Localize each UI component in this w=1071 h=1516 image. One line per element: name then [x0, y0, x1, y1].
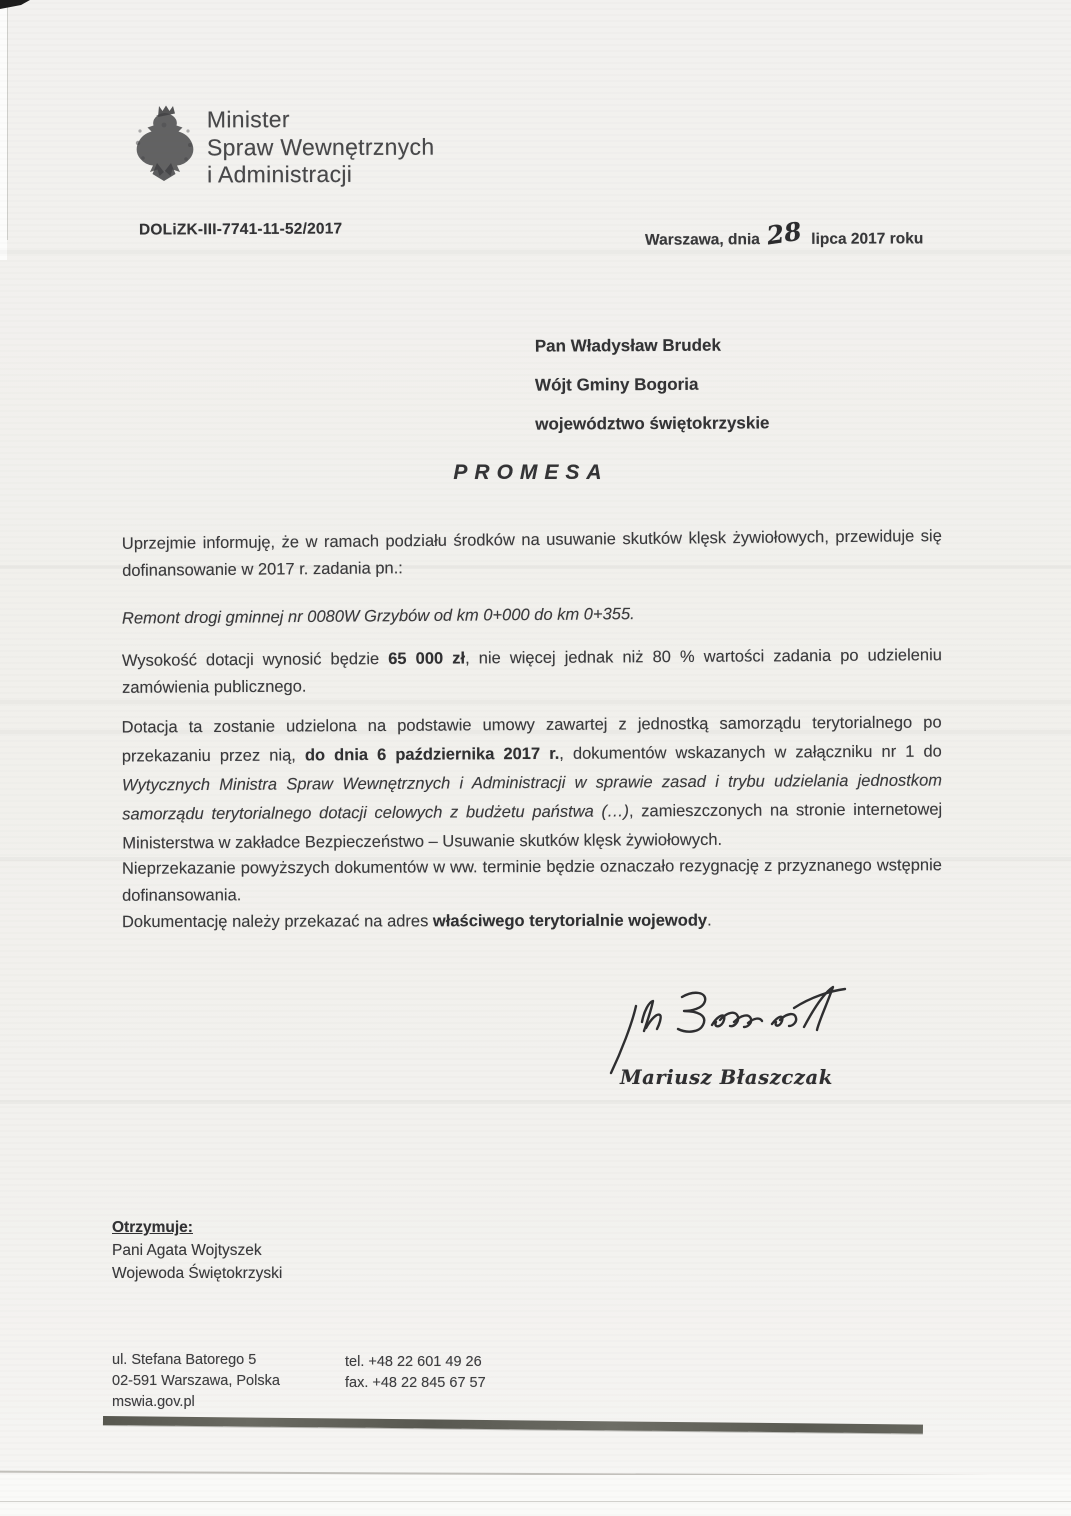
sender-name-line3: i Administracji	[207, 161, 435, 189]
footer-address: ul. Stefana Batorego 5 02-591 Warszawa, …	[112, 1350, 280, 1413]
footer-street: ul. Stefana Batorego 5	[112, 1350, 280, 1371]
scan-edge-line	[7, 0, 8, 240]
scan-edge-strip	[0, 0, 7, 260]
distribution-recipient-title: Wojewoda Świętokrzyski	[112, 1262, 282, 1285]
addressee-block: Pan Władysław Brudek Wójt Gminy Bogoria …	[535, 325, 770, 443]
signer-name: Mariusz Błaszczak	[620, 1066, 833, 1089]
paragraph-intro: Uprzejmie informuję, że w ramach podział…	[122, 523, 942, 585]
grant-amount-value: 65 000 zł	[388, 649, 465, 668]
distribution-heading: Otrzymuje:	[112, 1216, 282, 1239]
paragraph-conditions: Dotacja ta zostanie udzielona na podstaw…	[122, 708, 943, 858]
document-title: PROMESA	[122, 461, 940, 485]
paragraph-grant-amount: Wysokość dotacji wynosić będzie 65 000 z…	[122, 642, 942, 702]
footer-divider-bar	[103, 1416, 923, 1434]
handwritten-signature	[590, 980, 870, 1075]
reference-number: DOLiZK-III-7741-11-52/2017	[139, 220, 342, 239]
submission-pre: Dokumentację należy przekazać na adres	[122, 912, 433, 931]
dateline-rest: lipca 2017 roku	[811, 230, 923, 248]
paragraph-warning: Nieprzekazanie powyższych dokumentów w w…	[122, 852, 942, 910]
scan-page-edge-line-2	[0, 1501, 1071, 1502]
footer-contact: tel. +48 22 601 49 26 fax. +48 22 845 67…	[345, 1352, 486, 1394]
scan-bottom-strip	[0, 1475, 1071, 1516]
scan-artifact-stripe	[0, 1100, 1071, 1104]
addressee-name: Pan Władysław Brudek	[535, 325, 769, 365]
dateline-prefix: Warszawa, dnia	[645, 231, 760, 249]
dateline: Warszawa, dnia 28 lipca 2017 roku	[645, 227, 923, 249]
polish-eagle-logo	[128, 103, 200, 189]
submission-recipient: właściwego terytorialnie wojewody	[433, 912, 707, 931]
addressee-region: województwo świętokrzyskie	[535, 403, 769, 443]
scan-artifact-stripe	[0, 250, 1071, 254]
footer-fax: fax. +48 22 845 67 57	[345, 1373, 486, 1394]
conditions-deadline: do dnia 6 października 2017 r.	[305, 745, 559, 765]
grant-amount-pre: Wysokość dotacji wynosić będzie	[122, 650, 388, 670]
paragraph-submission: Dokumentację należy przekazać na adres w…	[122, 907, 942, 936]
addressee-title: Wójt Gminy Bogoria	[535, 364, 769, 404]
footer-city: 02-591 Warszawa, Polska	[112, 1371, 280, 1392]
scan-corner-artifact	[0, 0, 30, 9]
sender-name-line1: Minister	[207, 106, 435, 134]
distribution-block: Otrzymuje: Pani Agata Wojtyszek Wojewoda…	[112, 1216, 282, 1285]
submission-post: .	[707, 912, 712, 930]
footer-tel: tel. +48 22 601 49 26	[345, 1352, 486, 1373]
distribution-recipient-name: Pani Agata Wojtyszek	[112, 1239, 282, 1262]
handwritten-day: 28	[766, 224, 803, 244]
footer-website: mswia.gov.pl	[112, 1392, 280, 1413]
scanned-letter-page: Minister Spraw Wewnętrznych i Administra…	[0, 0, 1071, 1516]
paragraph-task-name: Remont drogi gminnej nr 0080W Grzybów od…	[122, 598, 942, 632]
sender-name-line2: Spraw Wewnętrznych	[207, 133, 435, 161]
sender-name: Minister Spraw Wewnętrznych i Administra…	[207, 106, 435, 189]
conditions-seg3: , dokumentów wskazanych w załączniku nr …	[559, 742, 942, 762]
